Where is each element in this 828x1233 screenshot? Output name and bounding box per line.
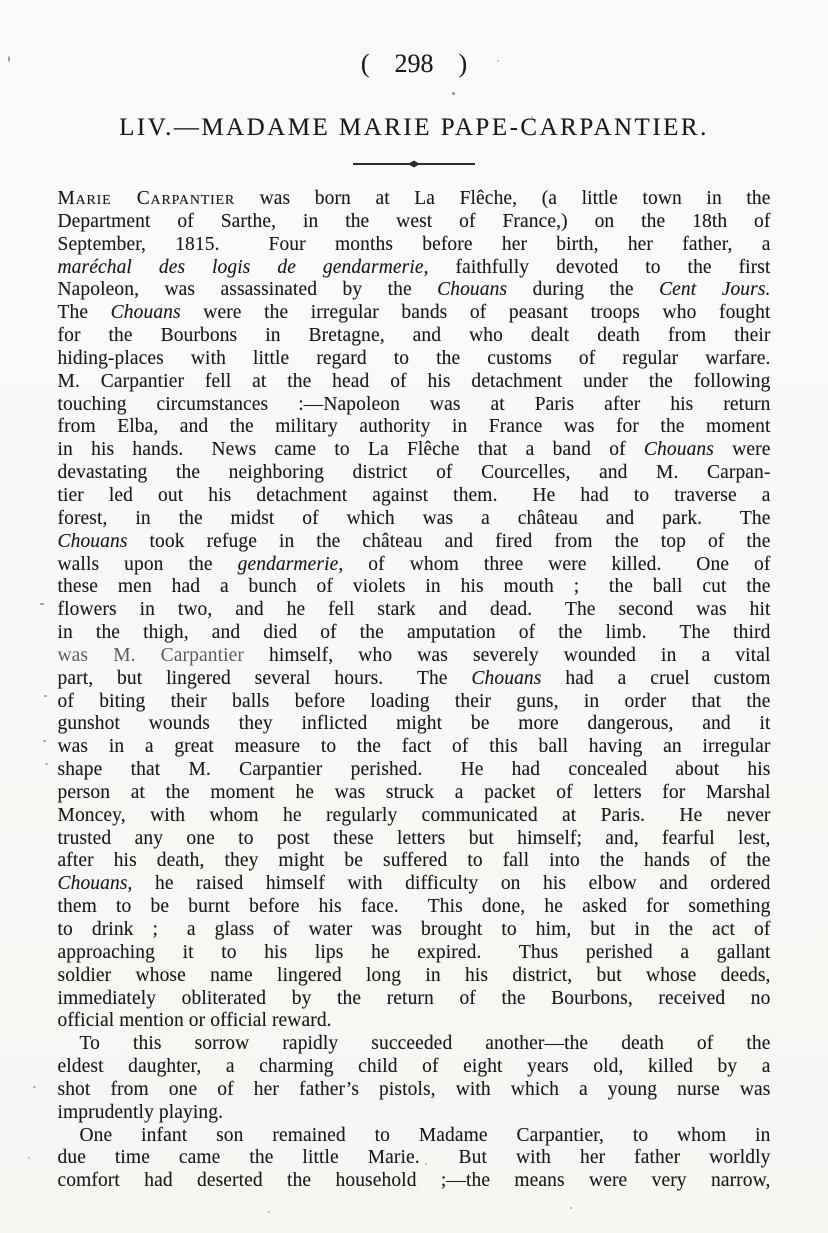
text-segment: approaching it to his lips he expired. T… [58,942,771,963]
diamond-ornament [408,161,420,168]
text-segment: was born at La Flêche, (a little town in… [235,188,770,209]
text-segment: during the [507,279,659,300]
page-number-value: 298 [395,50,434,77]
text-line: Marie Carpantier was born at La Flêche, … [58,188,771,211]
text-line: Moncey, with whom he regularly communica… [58,805,771,828]
text-segment: Moncey, with whom he regularly communica… [58,805,771,826]
paragraph: Marie Carpantier was born at La Flêche, … [58,188,771,1033]
scan-speck [425,1163,427,1165]
text-line: trusted any one to post these letters bu… [58,828,771,851]
text-segment: September, 1815. Four months before her … [58,234,771,255]
italic-text: gendarmerie [238,554,339,575]
text-line: gunshot wounds they inflicted might be m… [58,713,771,736]
scan-speck [570,1207,572,1209]
text-segment: hiding-places with little regard to the … [58,348,771,369]
text-segment: eldest daughter, a charming child of eig… [58,1056,771,1077]
text-segment: person at the moment he was struck a pac… [58,782,771,803]
italic-text: Chouans [471,668,541,689]
text-line: from Elba, and the military authority in… [58,416,771,439]
text-segment: after his death, they might be suffered … [58,850,771,871]
text-line: comfort had deserted the household ;—the… [58,1170,771,1193]
text-line: Chouans, he raised himself with difficul… [58,873,771,896]
italic-text: Chouans [437,279,507,300]
text-line: To this sorrow rapidly succeeded another… [58,1033,771,1056]
scan-speck [45,763,48,765]
text-segment: official mention or official reward. [58,1010,332,1031]
text-segment: trusted any one to post these letters bu… [58,828,771,849]
text-line: M. Carpantier fell at the head of his de… [58,371,771,394]
scan-speck [33,1086,36,1088]
text-segment: had a cruel custom [541,668,770,689]
chapter-title: LIV.—MADAME MARIE PAPE-CARPANTIER. [0,113,828,142]
text-segment: To this sorrow rapidly succeeded another… [80,1033,771,1054]
paragraph: To this sorrow rapidly succeeded another… [58,1033,771,1124]
text-segment: forest, in the midst of which was a chât… [58,508,771,529]
scan-speck [452,92,455,95]
text-line: in the thigh, and died of the amputation… [58,622,771,645]
text-line: was M. Carpantier himself, who was sever… [58,645,771,668]
scan-speck [43,740,46,742]
text-segment: part, but lingered several hours. The [58,668,472,689]
text-line: Napoleon, was assassinated by the Chouan… [58,279,771,302]
text-segment: immediately obliterated by the return of… [58,988,771,1009]
small-caps-text: Marie Carpantier [58,188,236,209]
text-segment: for the Bourbons in Bretagne, and who de… [58,325,771,346]
text-line: eldest daughter, a charming child of eig… [58,1056,771,1079]
text-line: shot from one of her father’s pistols, w… [58,1079,771,1102]
italic-text: maréchal des logis de gendarmerie [58,257,424,278]
text-line: approaching it to his lips he expired. T… [58,942,771,965]
text-line: for the Bourbons in Bretagne, and who de… [58,325,771,348]
scan-speck [8,56,10,62]
text-line: walls upon the gendarmerie, of whom thre… [58,554,771,577]
text-segment: himself, who was severely wounded in a v… [244,645,771,666]
text-segment: One infant son remained to Madame Carpan… [80,1125,771,1146]
text-line: official mention or official reward. [58,1010,771,1033]
text-segment: Napoleon, was assassinated by the [58,279,438,300]
paragraph: One infant son remained to Madame Carpan… [58,1125,771,1194]
text-segment: shape that M. Carpantier perished. He ha… [58,759,771,780]
text-line: immediately obliterated by the return of… [58,988,771,1011]
italic-text: Chouans [644,439,714,460]
text-segment: flowers in two, and he fell stark and de… [58,599,771,620]
italic-text: Chouans [111,302,181,323]
text-segment: to drink ; a glass of water was brought … [58,919,771,940]
text-segment: gunshot wounds they inflicted might be m… [58,713,771,734]
text-segment: due time came the little Marie. But with… [58,1147,771,1168]
text-segment: , he raised himself with difficulty on h… [128,873,771,894]
text-segment: them to be burnt before his face. This d… [58,896,771,917]
text-segment: took refuge in the château and fired fro… [128,531,771,552]
text-segment: devastating the neighboring district of … [58,462,771,483]
page-number: ( 298 ) [0,0,828,77]
text-segment: from Elba, and the military authority in… [58,416,771,437]
text-line: soldier whose name lingered long in his … [58,965,771,988]
text-line: hiding-places with little regard to the … [58,348,771,371]
text-segment: imprudently playing. [58,1102,224,1123]
text-line: forest, in the midst of which was a chât… [58,508,771,531]
text-segment: walls upon the [58,554,238,575]
text-segment: of biting their balls before loading the… [58,691,771,712]
scan-speck [40,603,44,605]
text-line: person at the moment he was struck a pac… [58,782,771,805]
text-segment: in the thigh, and died of the amputation… [58,622,771,643]
text-segment: these men had a bunch of violets in his … [58,576,771,597]
text-segment: touching circumstances :—Napoleon was at… [58,394,771,415]
text-line: September, 1815. Four months before her … [58,234,771,257]
title-divider-rule [353,163,475,165]
text-line: after his death, they might be suffered … [58,850,771,873]
text-line: shape that M. Carpantier perished. He ha… [58,759,771,782]
text-line: Department of Sarthe, in the west of Fra… [58,211,771,234]
text-segment: comfort had deserted the household ;—the… [58,1170,771,1191]
text-line: of biting their balls before loading the… [58,691,771,714]
text-segment: , faithfully devoted to the first [424,257,771,278]
page-number-bracket-open: ( [361,50,370,77]
text-line: them to be burnt before his face. This d… [58,896,771,919]
text-line: in his hands. News came to La Flêche tha… [58,439,771,462]
text-segment: tier led out his detachment against them… [58,485,771,506]
text-line: devastating the neighboring district of … [58,462,771,485]
text-segment: M. Carpantier fell at the head of his de… [58,371,771,392]
text-line: tier led out his detachment against them… [58,485,771,508]
scan-speck [44,695,47,697]
italic-text: Chouans [58,873,128,894]
scan-speck [497,60,499,62]
text-line: to drink ; a glass of water was brought … [58,919,771,942]
scanned-book-page: ( 298 ) LIV.—MADAME MARIE PAPE-CARPANTIE… [0,0,828,1233]
text-line: touching circumstances :—Napoleon was at… [58,394,771,417]
text-segment: were the irregular bands of peasant troo… [181,302,771,323]
text-segment: soldier whose name lingered long in his … [58,965,771,986]
text-segment: shot from one of her father’s pistols, w… [58,1079,771,1100]
italic-text: Cent Jours. [659,279,770,300]
text-line: maréchal des logis de gendarmerie, faith… [58,257,771,280]
text-segment: , of whom three were killed. One of [338,554,770,575]
text-line: due time came the little Marie. But with… [58,1147,771,1170]
text-line: Chouans took refuge in the château and f… [58,531,771,554]
text-segment: Department of Sarthe, in the west of Fra… [58,211,771,232]
text-line: part, but lingered several hours. The Ch… [58,668,771,691]
text-segment: was in a great measure to the fact of th… [58,736,771,757]
page-number-bracket-close: ) [459,50,468,77]
text-segment: in his hands. News came to La Flêche tha… [58,439,644,460]
scan-speck [531,116,533,118]
text-segment: were [714,439,771,460]
text-line: was in a great measure to the fact of th… [58,736,771,759]
text-line: flowers in two, and he fell stark and de… [58,599,771,622]
text-line: imprudently playing. [58,1102,771,1125]
body-text: Marie Carpantier was born at La Flêche, … [58,188,771,1193]
text-segment: The [58,302,111,323]
scan-speck [28,1157,30,1159]
text-line: these men had a bunch of violets in his … [58,576,771,599]
text-line: The Chouans were the irregular bands of … [58,302,771,325]
text-line: One infant son remained to Madame Carpan… [58,1125,771,1148]
italic-text: Chouans [58,531,128,552]
faded-print-text: was M. Carpantier [58,645,244,666]
scan-speck [268,1211,270,1213]
